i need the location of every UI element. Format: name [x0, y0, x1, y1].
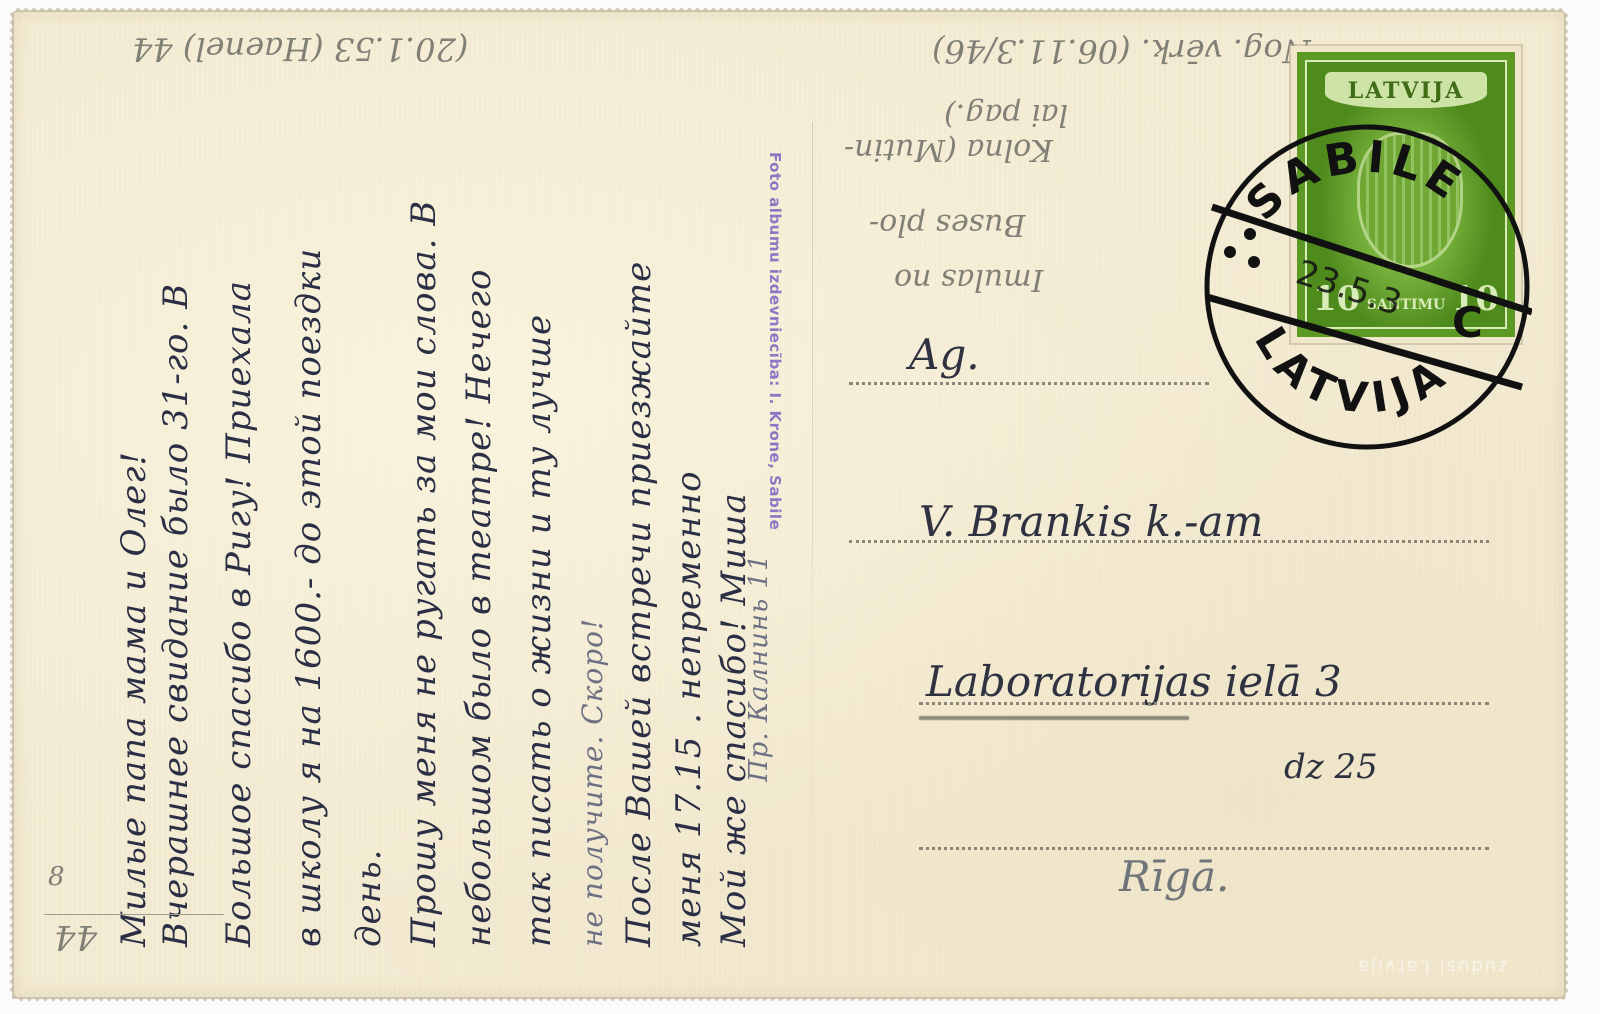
address-line: [849, 382, 1209, 385]
pencil-note-line: Kolna (Mutin-: [844, 132, 1053, 167]
margin-number: 8: [48, 862, 65, 892]
pencil-note-line: lai pag.): [944, 97, 1068, 132]
message-line: меня 17.15 . непременно: [669, 470, 709, 947]
address-apartment: dz 25: [1284, 747, 1378, 787]
street-underline: [919, 716, 1189, 720]
address-recipient: V. Brankis k.-am: [919, 497, 1263, 546]
postmark-letter: C: [1452, 298, 1483, 347]
address-line: [849, 540, 1489, 543]
message-line: После Вашей встречи приезжайте: [619, 261, 659, 947]
pencil-note-line: Nog. vērk. (06.11.3/46): [932, 32, 1311, 70]
message-line: так писать о жизни и ту лучше: [519, 314, 559, 947]
address-city: Rīgā.: [1119, 852, 1229, 901]
message-line: день.: [349, 849, 389, 947]
margin-rule: [44, 914, 224, 915]
message-line: Большое спасибо в Ригу! Приехала: [219, 280, 259, 947]
postcard: (20.1.53 (Haenel) 44 Милые папа мама и О…: [12, 10, 1566, 999]
pencil-note-line: Buses plo-: [869, 207, 1025, 242]
address-street: Laboratorijas ielā 3: [926, 657, 1342, 706]
divider-line: [812, 122, 813, 862]
stamp-country: LATVIJA: [1325, 72, 1487, 108]
message-line: небольшом было в театре! Нечего: [459, 269, 499, 947]
address-line: [919, 847, 1489, 850]
message-line: не получите. Скоро!: [576, 618, 609, 947]
postmark: SABILE LATVIJA 23.5.3 C: [1202, 122, 1532, 452]
photographer-handwritten: Пр. Калнинь 11: [744, 553, 774, 782]
postmark-country: LATVIJA: [1245, 318, 1459, 423]
svg-text:LATVIJA: LATVIJA: [1245, 318, 1459, 423]
message-line: в школу я на 1600.- до этой поездки: [289, 248, 329, 947]
margin-pencil-mark: 44: [54, 917, 97, 957]
address-line: [919, 702, 1489, 705]
pencil-note-line: Imulas no: [894, 262, 1043, 297]
top-pencil-note: (20.1.53 (Haenel) 44: [132, 30, 468, 68]
message-line: Милые папа мама и Олег!: [114, 451, 154, 947]
address-salutation: Ag.: [909, 330, 980, 379]
photographer-stamp: Foto albumu izdevniecība: I. Krone, Sabi…: [766, 152, 784, 530]
watermark: zudusi Latvija: [1356, 956, 1508, 977]
message-line: Вчерашнее свидание было 31-го. В: [156, 283, 196, 947]
message-line: Прошу меня не ругать за мои слова. В: [404, 200, 444, 947]
